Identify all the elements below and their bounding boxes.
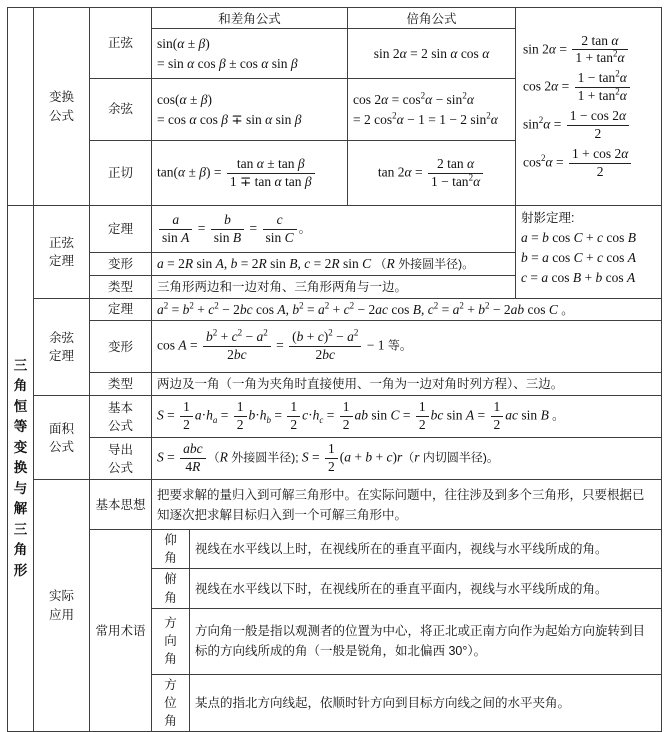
- empty-corner-cell: [8, 8, 34, 206]
- transform-group-label: 变换 公式: [34, 8, 90, 206]
- projection-line-b: b = a cos C + c cos A: [521, 248, 656, 268]
- cosine-law-variant-label: 变形: [90, 321, 152, 373]
- cosine-sum-formula: cos(α ± β)= cos α cos β ∓ sin α sin β: [152, 79, 348, 141]
- basic-idea-text: 把要求解的量归入到可解三角形中。在实际问题中，往往涉及到多个三角形，只要根据已知…: [152, 480, 662, 530]
- common-terms-label: 常用术语: [90, 530, 152, 732]
- cosine-law-theorem-label: 定理: [90, 298, 152, 321]
- cosine-law-variant-formula: cos A = b2 + c2 − a22bc = (b + c)2 − a22…: [152, 321, 662, 373]
- tan-half-angle-formula-cell: sin 2α = 2 tan α1 + tan2α cos 2α = 1 − t…: [516, 8, 662, 206]
- elevation-angle-text: 视线在水平线以上时，在视线所在的垂直平面内，视线与水平线所成的角。: [190, 530, 662, 569]
- cosine-law-group-label: 余弦 定理: [34, 298, 90, 396]
- area-basic-label: 基本 公式: [90, 396, 152, 438]
- sine-double-formula: sin 2α = 2 sin α cos α: [348, 29, 516, 79]
- azimuth-angle-label: 方 位 角: [152, 674, 190, 731]
- sin2a-tan-formula: sin 2α = 2 tan α1 + tan2α: [523, 33, 656, 68]
- double-angle-header: 倍角公式: [348, 8, 516, 29]
- depression-angle-label: 俯 角: [152, 569, 190, 608]
- trig-formula-table: 变换 公式 正弦 和差角公式 倍角公式 sin 2α = 2 tan α1 + …: [7, 7, 662, 732]
- sin-squared-formula: sin2α = 1 − cos 2α2: [523, 108, 656, 143]
- azimuth-angle-text: 某点的指北方向线起，依顺时针方向到目标方向线之间的水平夹角。: [190, 674, 662, 731]
- direction-angle-label: 方 向 角: [152, 608, 190, 674]
- area-basic-formula: S = 12a·ha = 12b·hb = 12c·hc = 12ab sin …: [152, 396, 662, 438]
- sine-law-theorem-formula: asin A = bsin B = csin C。: [152, 206, 516, 253]
- application-group-label: 实际 应用: [34, 480, 90, 732]
- cosine-law-type-label: 类型: [90, 373, 152, 396]
- tangent-double-formula: tan 2α = 2 tan α1 − tan2α: [348, 141, 516, 206]
- area-group-label: 面积 公式: [34, 396, 90, 480]
- direction-angle-text: 方向角一般是指以观测者的位置为中心，将正北或正南方向作为起始方向旋转到目标的方向…: [190, 608, 662, 674]
- sine-row-label: 正弦: [90, 8, 152, 79]
- projection-theorem-title: 射影定理:: [521, 209, 656, 228]
- sine-law-variant-label: 变形: [90, 253, 152, 276]
- vertical-title-cell: 三角恒等变换与解三角形: [8, 206, 34, 732]
- basic-idea-label: 基本思想: [90, 480, 152, 530]
- sine-law-theorem-label: 定理: [90, 206, 152, 253]
- cosine-row-label: 余弦: [90, 79, 152, 141]
- sine-law-variant-formula: a = 2R sin A, b = 2R sin B, c = 2R sin C…: [152, 253, 516, 276]
- depression-angle-text: 视线在水平线以下时，在视线所在的垂直平面内，视线与水平线所成的角。: [190, 569, 662, 608]
- cos2a-tan-formula: cos 2α = 1 − tan2α1 + tan2α: [523, 70, 656, 105]
- projection-line-c: c = a cos B + b cos A: [521, 268, 656, 288]
- tangent-sum-formula: tan(α ± β) = tan α ± tan β1 ∓ tan α tan …: [152, 141, 348, 206]
- cos-squared-formula: cos2α = 1 + cos 2α2: [523, 146, 656, 181]
- cosine-law-type-text: 两边及一角（一角为夹角时直接使用、一角为一边对角时列方程）、三边。: [152, 373, 662, 396]
- sine-law-group-label: 正弦 定理: [34, 206, 90, 299]
- projection-line-a: a = b cos C + c cos B: [521, 228, 656, 248]
- cosine-double-formula: cos 2α = cos2α − sin2α= 2 cos2α − 1 = 1 …: [348, 79, 516, 141]
- sum-diff-header: 和差角公式: [152, 8, 348, 29]
- projection-theorem-cell: 射影定理: a = b cos C + c cos B b = a cos C …: [516, 206, 662, 299]
- sine-sum-formula: sin(α ± β)= sin α cos β ± cos α sin β: [152, 29, 348, 79]
- elevation-angle-label: 仰 角: [152, 530, 190, 569]
- sine-law-type-label: 类型: [90, 275, 152, 298]
- area-derived-formula: S = abc4R（R 外接圆半径); S = 12(a + b + c)r（r…: [152, 438, 662, 480]
- tangent-row-label: 正切: [90, 141, 152, 206]
- area-derived-label: 导出 公式: [90, 438, 152, 480]
- sine-law-type-text: 三角形两边和一边对角、三角形两角与一边。: [152, 275, 516, 298]
- vertical-title: 三角恒等变换与解三角形: [13, 356, 28, 582]
- cosine-law-theorem-formula: a2 = b2 + c2 − 2bc cos A, b2 = a2 + c2 −…: [152, 298, 662, 321]
